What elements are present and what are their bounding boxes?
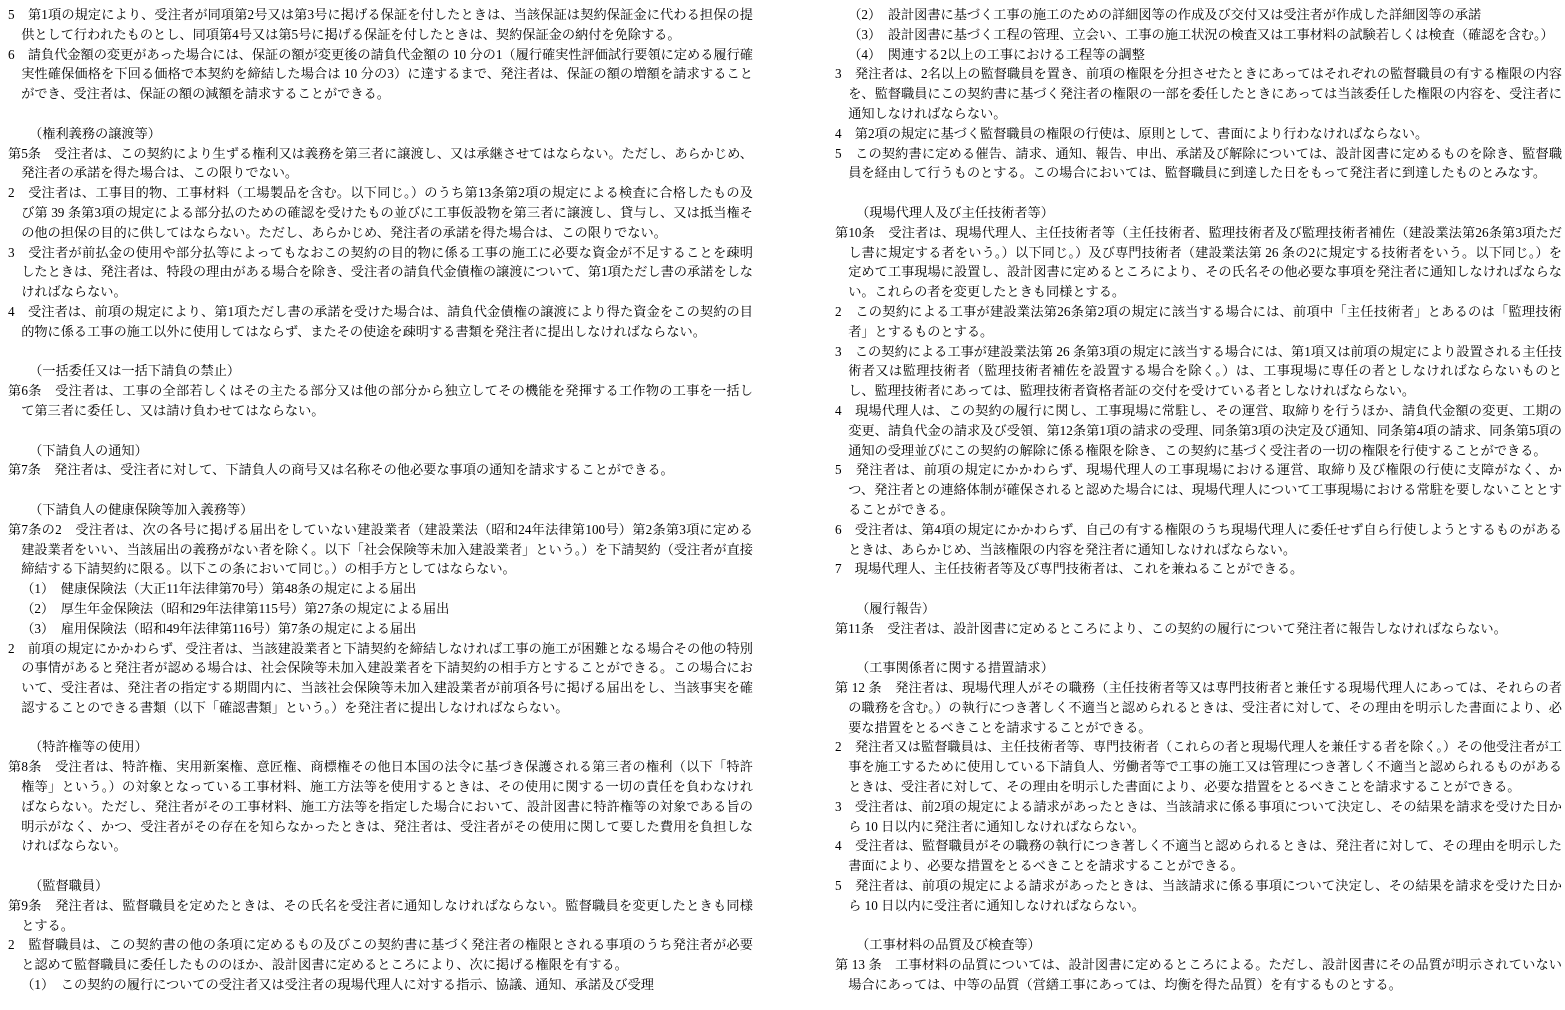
clause-paragraph: 2 受注者は、工事目的物、工事材料（工場製品を含む。以下同じ。）のうち第13条第… [8, 183, 753, 242]
document-column-right: （2） 設計図書に基づく工事の施工のための詳細図等の作成及び交付又は受注者が作成… [835, 5, 1562, 995]
clause-paragraph: 第7条 発注者は、受注者に対して、下請負人の商号又は名称その他必要な事項の通知を… [8, 460, 753, 480]
article-heading: （現場代理人及び主任技術者等） [856, 203, 1562, 223]
clause-paragraph: 第8条 受注者は、特許権、実用新案権、意匠権、商標権その他日本国の法令に基づき保… [8, 757, 753, 856]
clause-paragraph: 2 監督職員は、この契約書の他の条項に定めるもの及びこの契約書に基づく発注者の権… [8, 935, 753, 975]
article-heading: （下請負人の健康保険等加入義務等） [29, 500, 753, 520]
clause-paragraph: 5 この契約書に定める催告、請求、通知、報告、申出、承諾及び解除については、設計… [835, 144, 1562, 184]
clause-paragraph: 6 請負代金額の変更があった場合には、保証の額が変更後の請負代金額の 10 分の… [8, 45, 753, 104]
clause-paragraph: 6 受注者は、第4項の規定にかかわらず、自己の有する権限のうち現場代理人に委任せ… [835, 520, 1562, 560]
clause-paragraph: 5 発注者は、前項の規定にかかわらず、現場代理人の工事現場における運営、取締り及… [835, 460, 1562, 519]
article-heading: （工事材料の品質及び検査等） [856, 935, 1562, 955]
clause-paragraph: 4 第2項の規定に基づく監督職員の権限の行使は、原則として、書面により行わなけれ… [835, 124, 1562, 144]
clause-paragraph: 7 現場代理人、主任技術者等及び専門技術者は、これを兼ねることができる。 [835, 559, 1562, 579]
clause-paragraph: 第10条 受注者は、現場代理人、主任技術者等（主任技術者、監理技術者及び監理技術… [835, 223, 1562, 302]
numbered-list-item: （4） 関連する2以上の工事における工程等の調整 [835, 45, 1562, 65]
numbered-list-item: （2） 設計図書に基づく工事の施工のための詳細図等の作成及び交付又は受注者が作成… [835, 5, 1562, 25]
numbered-list-item: （1） この契約の履行についての受注者又は受注者の現場代理人に対する指示、協議、… [8, 975, 753, 995]
clause-paragraph: 2 発注者又は監督職員は、主任技術者等、専門技術者（これらの者と現場代理人を兼任… [835, 737, 1562, 796]
article-heading: （一括委任又は一括下請負の禁止） [29, 361, 753, 381]
article-heading: （履行報告） [856, 599, 1562, 619]
clause-paragraph: 3 受注者は、前2項の規定による請求があったときは、当該請求に係る事項について決… [835, 797, 1562, 837]
clause-paragraph: 2 前項の規定にかかわらず、受注者は、当該建設業者と下請契約を締結しなければ工事… [8, 639, 753, 718]
clause-paragraph: 3 受注者が前払金の使用や部分払等によってもなおこの契約の目的物に係る工事の施工… [8, 243, 753, 302]
clause-paragraph: 第9条 発注者は、監督職員を定めたときは、その氏名を受注者に通知しなければならな… [8, 896, 753, 936]
contract-document-page: 5 第1項の規定により、受注者が同項第2号又は第3号に掲げる保証を付したときは、… [0, 0, 1565, 995]
clause-paragraph: 第5条 受注者は、この契約により生ずる権利又は義務を第三者に譲渡し、又は承継させ… [8, 144, 753, 184]
clause-paragraph: 4 受注者は、前項の規定により、第1項ただし書の承諾を受けた場合は、請負代金債権… [8, 302, 753, 342]
clause-paragraph: 4 現場代理人は、この契約の履行に関し、工事現場に常駐し、その運営、取締りを行う… [835, 401, 1562, 460]
clause-paragraph: 5 発注者は、前項の規定による請求があったときは、当該請求に係る事項について決定… [835, 876, 1562, 916]
article-heading: （工事関係者に関する措置請求） [856, 658, 1562, 678]
article-heading: （監督職員） [29, 876, 753, 896]
clause-paragraph: 3 この契約による工事が建設業法第 26 条第3項の規定に該当する場合には、第1… [835, 342, 1562, 401]
clause-paragraph: 第11条 受注者は、設計図書に定めるところにより、この契約の履行について発注者に… [835, 619, 1562, 639]
clause-paragraph: 5 第1項の規定により、受注者が同項第2号又は第3号に掲げる保証を付したときは、… [8, 5, 753, 45]
clause-paragraph: 第6条 受注者は、工事の全部若しくはその主たる部分又は他の部分から独立してその機… [8, 381, 753, 421]
clause-paragraph: 4 受注者は、監督職員がその職務の執行につき著しく不適当と認められるときは、発注… [835, 836, 1562, 876]
clause-paragraph: 2 この契約による工事が建設業法第26条第2項の規定に該当する場合には、前項中「… [835, 302, 1562, 342]
clause-paragraph: 3 発注者は、2名以上の監督職員を置き、前項の権限を分担させたときにあってはそれ… [835, 64, 1562, 123]
numbered-list-item: （3） 設計図書に基づく工程の管理、立会い、工事の施工状況の検査又は工事材料の試… [835, 25, 1562, 45]
article-heading: （特許権等の使用） [29, 737, 753, 757]
article-heading: （権利義務の譲渡等） [29, 124, 753, 144]
numbered-list-item: （1） 健康保険法（大正11年法律第70号）第48条の規定による届出 [8, 579, 753, 599]
clause-paragraph: 第 13 条 工事材料の品質については、設計図書に定めるところによる。ただし、設… [835, 955, 1562, 995]
document-column-left: 5 第1項の規定により、受注者が同項第2号又は第3号に掲げる保証を付したときは、… [8, 5, 753, 995]
numbered-list-item: （3） 雇用保険法（昭和49年法律第116号）第7条の規定による届出 [8, 619, 753, 639]
article-heading: （下請負人の通知） [29, 441, 753, 461]
clause-paragraph: 第 12 条 発注者は、現場代理人がその職務（主任技術者等又は専門技術者と兼任す… [835, 678, 1562, 737]
clause-paragraph: 第7条の2 受注者は、次の各号に掲げる届出をしていない建設業者（建設業法（昭和2… [8, 520, 753, 579]
numbered-list-item: （2） 厚生年金保険法（昭和29年法律第115号）第27条の規定による届出 [8, 599, 753, 619]
